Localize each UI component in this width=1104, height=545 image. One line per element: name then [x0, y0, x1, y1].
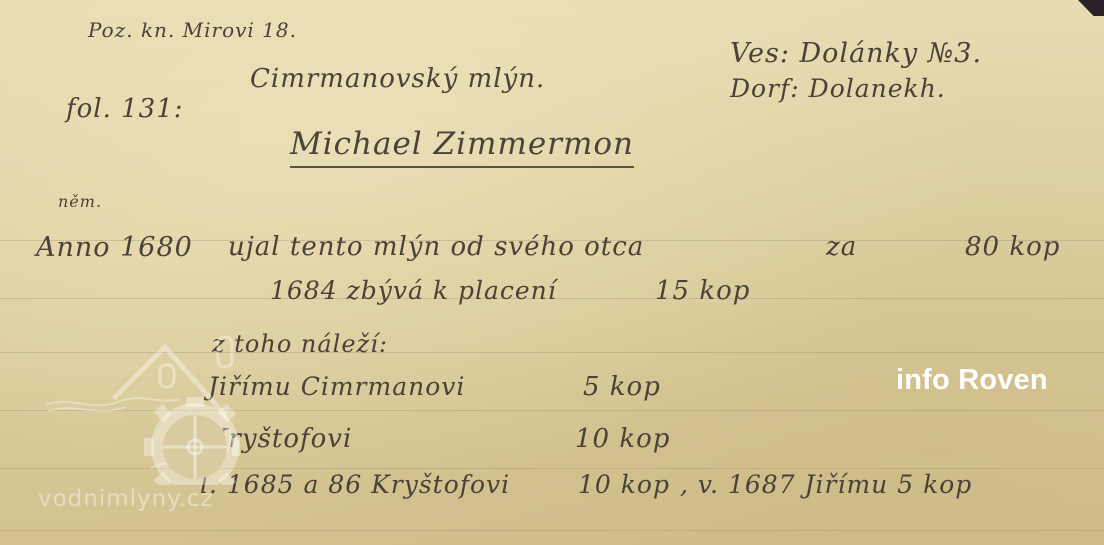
entry-text: ujal tento mlýn od svého otca — [228, 232, 644, 262]
entry-amount: 15 kop — [655, 276, 750, 306]
entry-text: l. 1685 a 86 Kryštofovi — [200, 470, 510, 499]
owner-name-title: Michael Zimmermon — [290, 126, 634, 168]
folio-number: fol. 131: — [66, 94, 184, 124]
entry-text: Jiřímu Cimrmanovi — [208, 372, 465, 401]
water-mill-wheel-icon — [40, 335, 240, 485]
entry-amount: 80 kop — [965, 232, 1060, 262]
village-czech: Ves: Dolánky №3. — [730, 38, 982, 69]
entry-note: , v. 1687 Jiřímu 5 kop — [680, 470, 972, 499]
source-label: info Roven — [896, 364, 1048, 397]
ruled-line — [0, 530, 1104, 531]
language-note: něm. — [58, 192, 102, 211]
mill-name: Cimrmanovský mlýn. — [250, 64, 545, 94]
card-corner-shadow — [1078, 0, 1104, 16]
watermark-text: vodnimlyny.cz — [38, 486, 214, 512]
book-reference: Poz. kn. Mirovi 18. — [88, 18, 297, 42]
entry-amount: 10 kop — [575, 424, 670, 454]
village-german: Dorf: Dolanekh. — [730, 74, 946, 103]
entry-amount: 10 kop — [578, 470, 670, 499]
entry-preposition: za — [826, 232, 857, 262]
entry-amount: 5 kop — [583, 372, 661, 402]
entry-text: 1684 zbývá k placení — [270, 276, 557, 305]
archival-card: Poz. kn. Mirovi 18. fol. 131: Cimrmanovs… — [0, 0, 1104, 545]
entry-year: Anno 1680 — [36, 232, 193, 263]
